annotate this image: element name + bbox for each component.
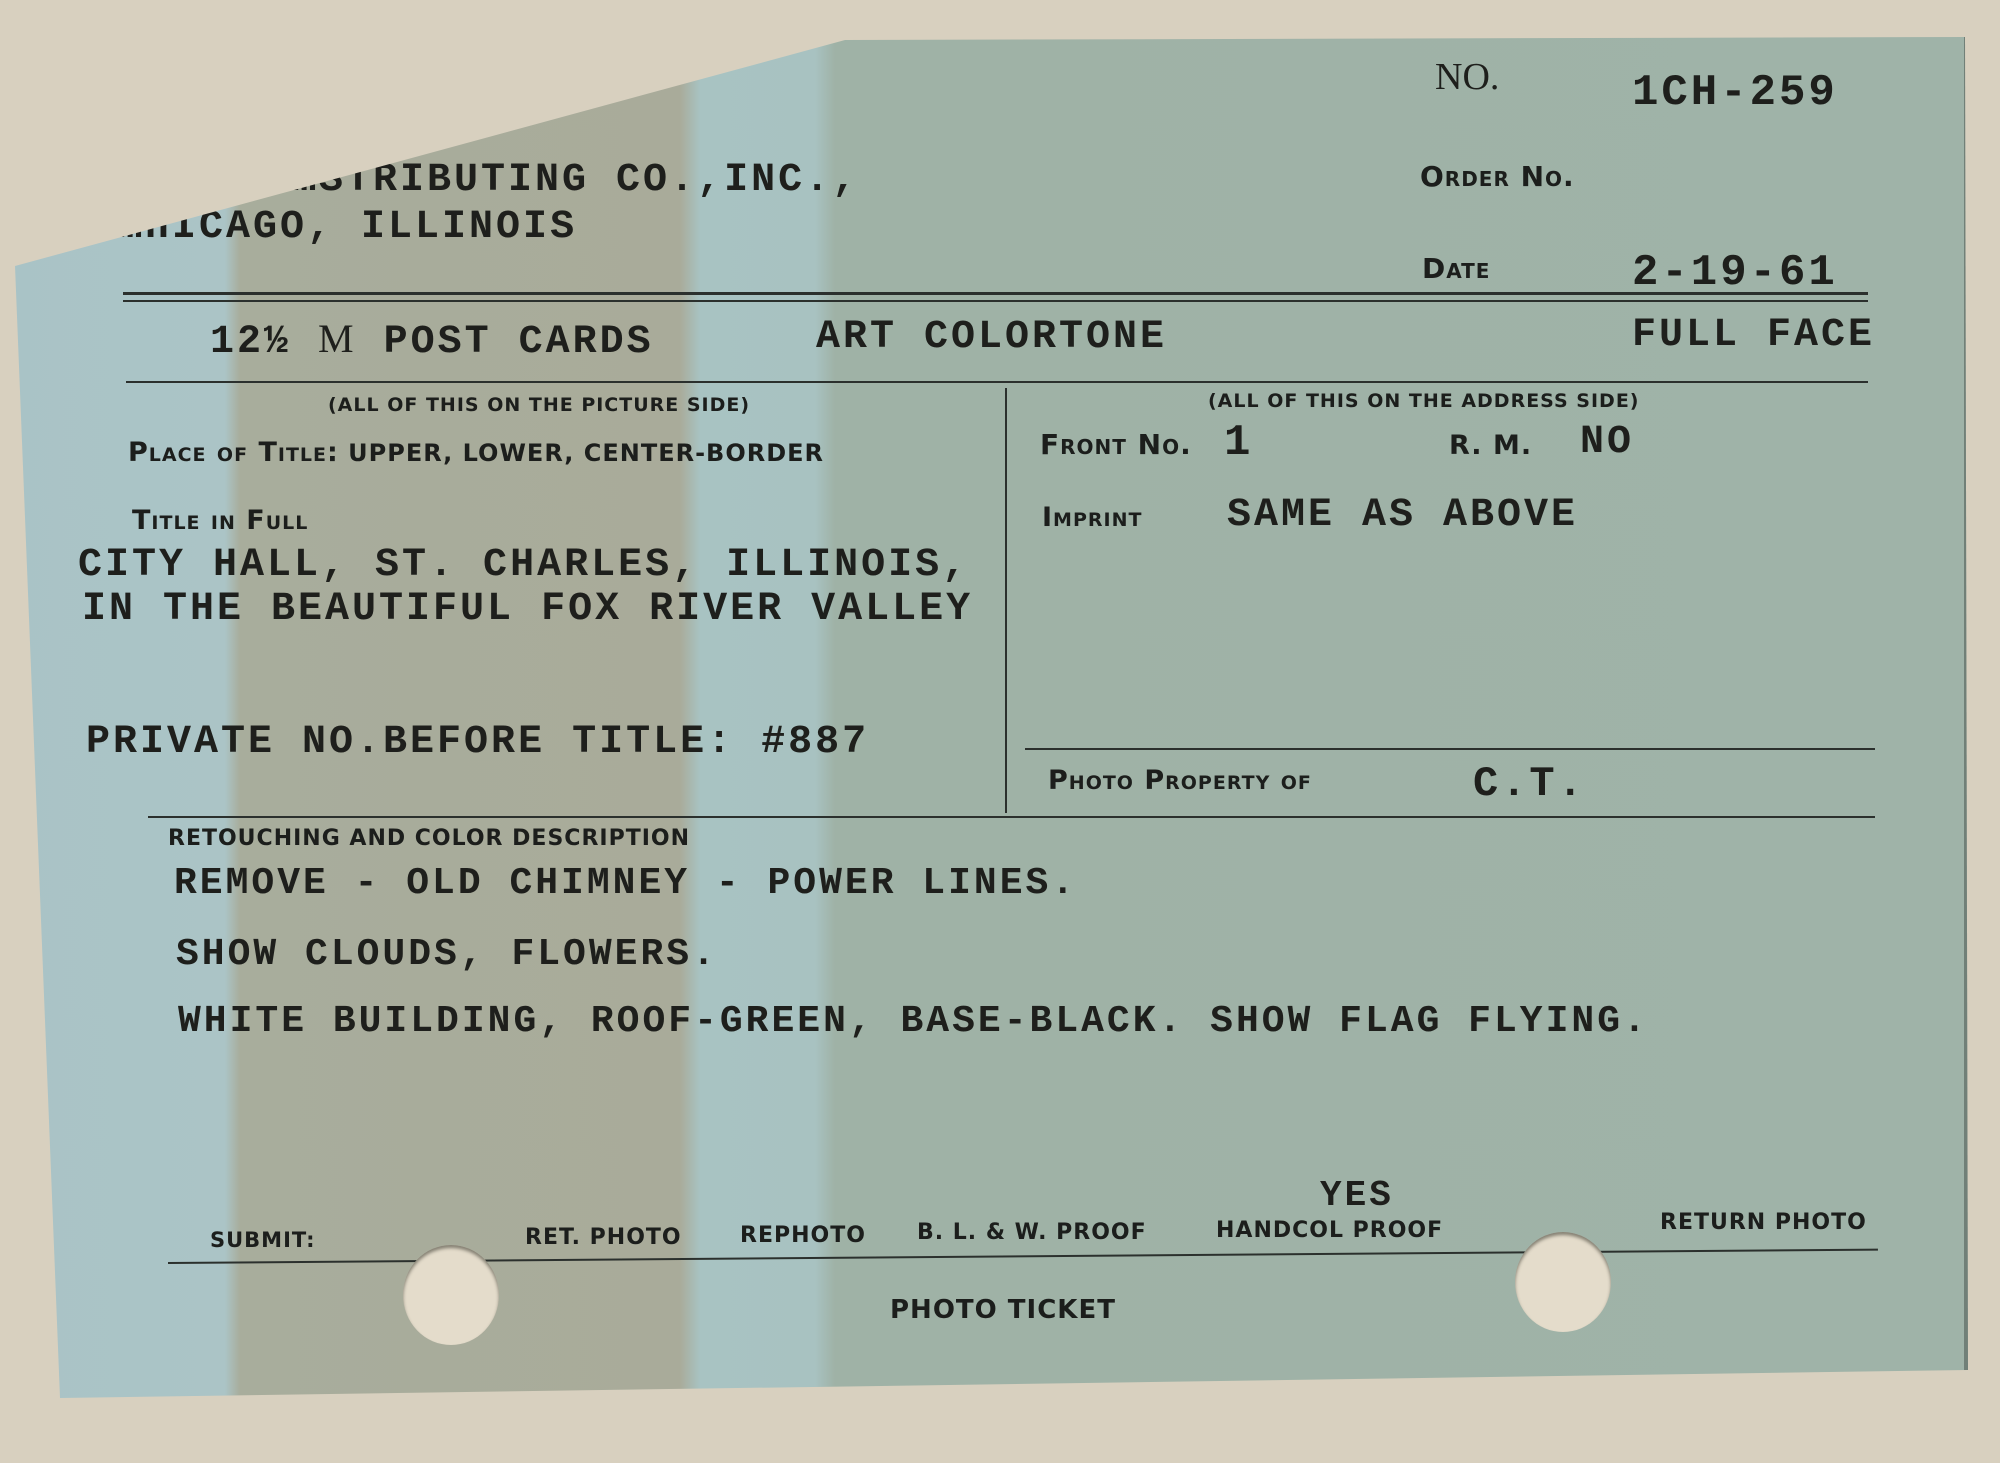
submit-option-blw-proof: B. L. & W. PROOF (917, 1220, 1147, 1245)
submit-option-handcol-proof: HANDCOL PROOF (1216, 1218, 1443, 1243)
header-rule-bottom (123, 300, 1868, 302)
front-no-value: 1 (1224, 418, 1253, 468)
order-no-label: Order No. (1420, 160, 1575, 193)
date-value: 2-19-61 (1632, 248, 1838, 298)
title-line-2: IN THE BEAUTIFUL FOX RIVER VALLEY (82, 587, 973, 632)
date-label: Date (1422, 252, 1490, 285)
retouching-line-2: SHOW CLOUDS, FLOWERS. (176, 933, 718, 976)
rm-value: NO (1580, 420, 1634, 465)
punch-hole-right (1515, 1232, 1611, 1332)
photo-ticket-title: PHOTO TICKET (890, 1295, 1116, 1325)
face-value: FULL FACE (1632, 313, 1875, 358)
company-name: …STRIBUTING CO.,INC., (292, 158, 859, 203)
submit-option-return-photo: RETURN PHOTO (1660, 1210, 1867, 1235)
photo-property-label: Photo Property of (1048, 765, 1312, 796)
imprint-value: SAME AS ABOVE (1227, 493, 1578, 538)
no-value: 1CH-259 (1632, 68, 1838, 118)
unit-value: M (318, 316, 357, 361)
place-of-title-options: UPPER, LOWER, CENTER-BORDER (348, 439, 824, 467)
handcol-yes-mark: YES (1320, 1175, 1394, 1216)
item-value: POST CARDS (384, 320, 654, 365)
private-number: PRIVATE NO.BEFORE TITLE: #887 (86, 720, 869, 765)
retouching-line-3: WHITE BUILDING, ROOF-GREEN, BASE-BLACK. … (178, 1000, 1649, 1043)
no-label: NO. (1435, 55, 1499, 99)
card-right-edge (1964, 37, 1968, 1370)
title-in-full-label: Title in Full (132, 505, 308, 536)
submit-label: SUBMIT: (210, 1228, 315, 1252)
process-value: ART COLORTONE (816, 315, 1167, 360)
front-no-label: Front No. (1040, 428, 1192, 461)
punch-hole-left (403, 1245, 499, 1345)
picture-side-heading: (ALL OF THIS ON THE PICTURE SIDE) (328, 394, 750, 416)
imprint-label: Imprint (1042, 502, 1142, 533)
place-of-title: Place of Title: UPPER, LOWER, CENTER-BOR… (128, 437, 824, 468)
header-rule-top (123, 292, 1868, 295)
submit-option-ret-photo: RET. PHOTO (525, 1225, 682, 1250)
photo-property-value: C.T. (1473, 760, 1586, 808)
retouching-heading: RETOUCHING AND COLOR DESCRIPTION (168, 826, 690, 851)
photo-ticket-card: …STRIBUTING CO.,INC., …HICAGO, ILLINOIS … (0, 0, 2000, 1463)
property-rule-top (1025, 748, 1875, 750)
place-of-title-label: Place of Title: (128, 437, 339, 468)
company-city: …HICAGO, ILLINOIS (118, 205, 577, 250)
product-quantity: 12½ M POST CARDS (210, 315, 654, 365)
column-divider (1005, 388, 1007, 813)
rm-label: R. M. (1449, 430, 1532, 461)
section-rule (148, 816, 1875, 818)
submit-option-rephoto: REPHOTO (740, 1223, 866, 1248)
retouching-line-1: REMOVE - OLD CHIMNEY - POWER LINES. (174, 862, 1077, 905)
address-side-heading: (ALL OF THIS ON THE ADDRESS SIDE) (1208, 390, 1640, 412)
product-rule (126, 381, 1868, 383)
title-line-1: CITY HALL, ST. CHARLES, ILLINOIS, (78, 543, 969, 588)
quantity-value: 12½ (210, 320, 291, 365)
